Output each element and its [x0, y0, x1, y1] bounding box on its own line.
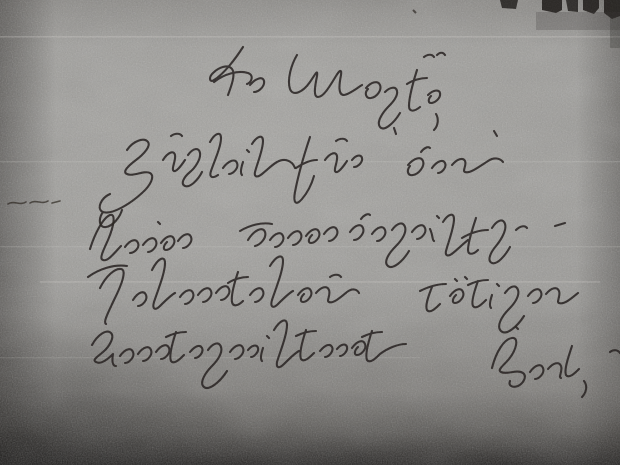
- overlay-grain: [0, 0, 620, 465]
- photo-canvas: [0, 0, 620, 465]
- document-photo: [0, 0, 620, 465]
